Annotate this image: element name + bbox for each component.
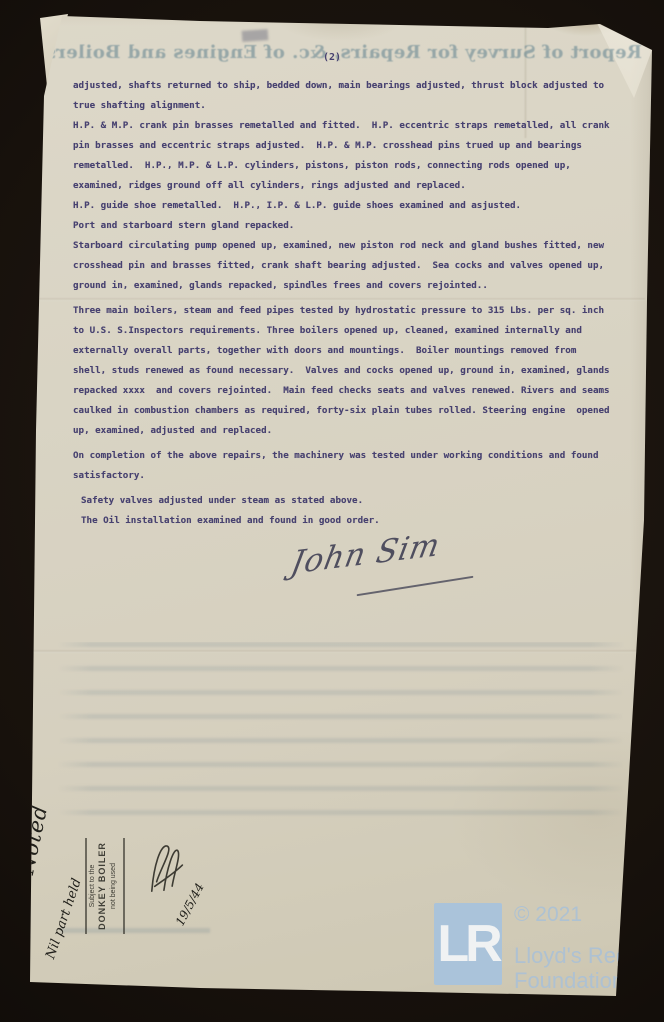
lr-logo-letters: LR [437,918,498,970]
stamp-line-1: Subject to the [88,838,97,934]
bleedthrough-line-smudge [60,928,210,933]
crease-line [30,650,645,653]
initials-signature [131,831,192,901]
watermark-name-line2: Foundation [514,968,664,993]
ink-smudge [242,29,269,42]
scanned-document: Report of Survey for Repairs, &c. of Eng… [0,0,664,1022]
lr-logo-icon: LR [434,903,502,985]
paragraph-shafting: adjusted, shafts returned to ship, bedde… [73,76,614,116]
stamp-line-2: DONKEY BOILER [97,838,108,934]
lloyds-register-watermark: LR © 2021 Lloyd's Register Foundation [434,903,664,993]
watermark-copyright: © 2021 [514,903,664,927]
paragraph-crank-pins: H.P. & M.P. crank pin brasses remetalled… [73,116,614,196]
paper-sheet: Report of Survey for Repairs, &c. of Eng… [0,0,664,1022]
paragraph-stern-gland: Port and starboard stern gland repacked. [73,216,614,236]
stamp-line-3: not being used [109,838,118,934]
bleedthrough-text-smudge [58,642,624,828]
page-number: (2) [0,52,664,63]
paragraph-circulating-pump: Starboard circulating pump opened up, ex… [73,236,614,296]
typed-report-body: adjusted, shafts returned to ship, bedde… [73,76,614,531]
surveyor-signature-text: John Sim [288,526,444,581]
paragraph-boilers: Three main boilers, steam and feed pipes… [73,301,614,441]
paragraph-safety-valves: Safety valves adjusted under steam as st… [73,491,614,511]
donkey-boiler-stamp: Subject to the DONKEY BOILER not being u… [85,838,125,934]
initials-signature-icon [131,831,192,901]
paragraph-completion: On completion of the above repairs, the … [73,446,614,486]
watermark-text: © 2021 Lloyd's Register Foundation [514,903,664,993]
paragraph-oil-installation: The Oil installation examined and found … [73,511,614,531]
annotation-noted: Noted [14,795,56,877]
paragraph-guide-shoes: H.P. guide shoe remetalled. H.P., I.P. &… [73,196,614,216]
watermark-name-line1: Lloyd's Register [514,943,664,968]
